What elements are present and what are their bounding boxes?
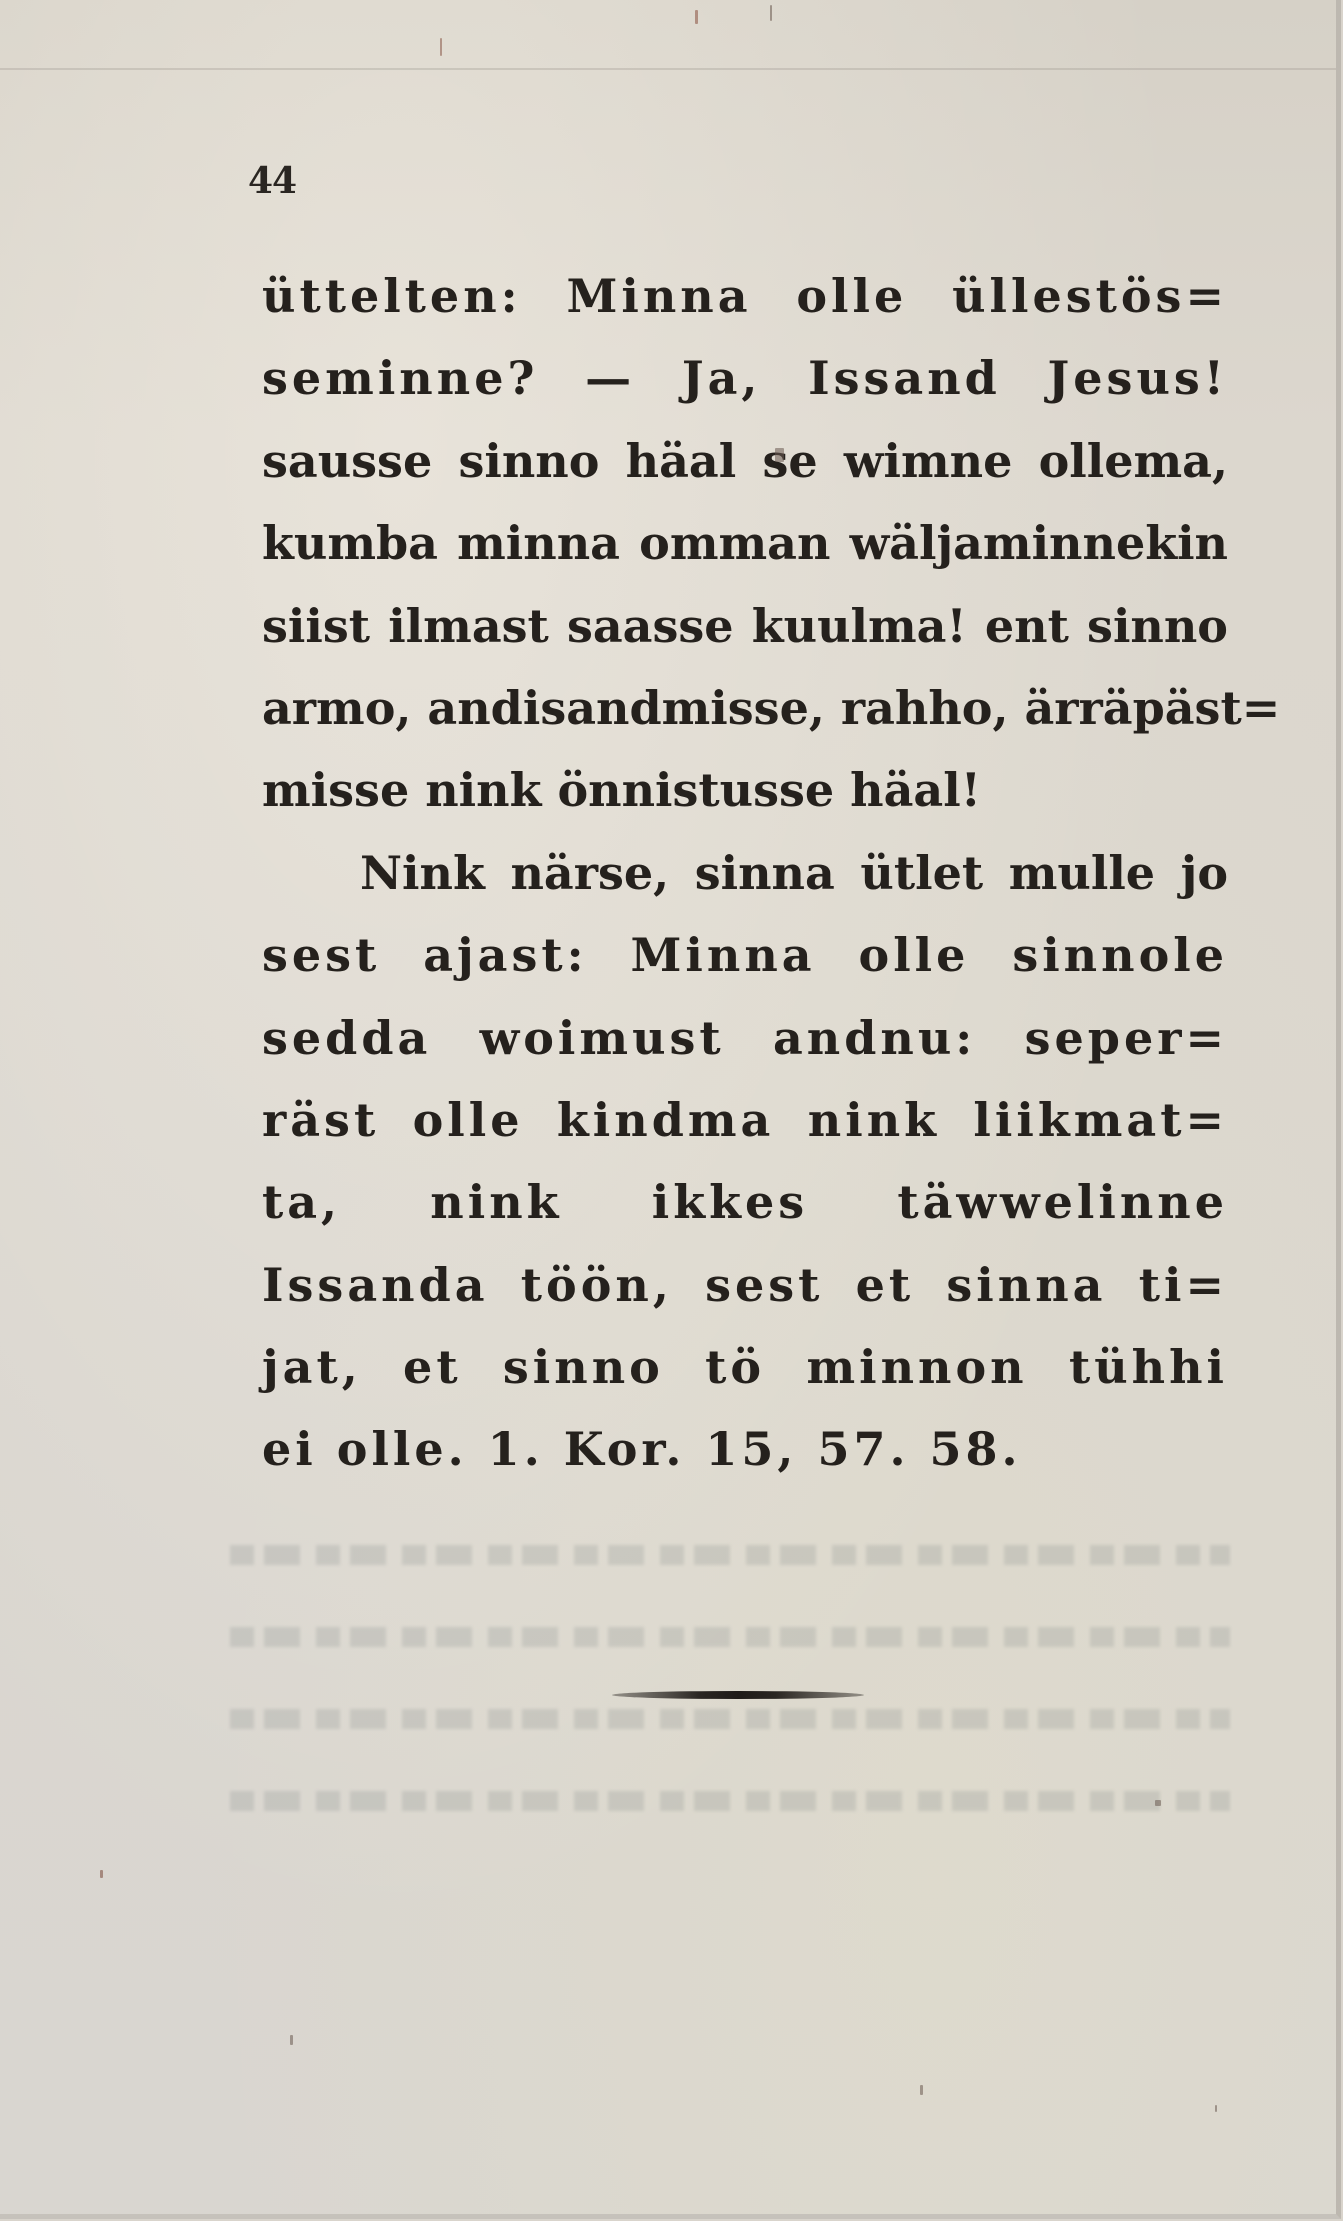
- paper-speck: [770, 5, 772, 21]
- page-number: 44: [248, 160, 296, 202]
- text-line: misse nink önnistusse häal!: [262, 749, 1228, 831]
- section-divider-rule: [612, 1691, 864, 1699]
- paper-fold-line: [0, 68, 1336, 70]
- body-text: üttelten: Minna olle üllestös= seminne? …: [262, 255, 1228, 1491]
- bleed-through-text: [230, 1545, 1230, 1885]
- bleed-line: [230, 1791, 1230, 1811]
- text-line: sest ajast: Minna olle sinnole: [262, 914, 1228, 996]
- bleed-line: [230, 1627, 1230, 1647]
- paper-speck: [290, 2035, 293, 2045]
- paper-speck: [775, 448, 784, 462]
- paper-speck: [695, 10, 698, 24]
- paper-speck: [440, 38, 442, 56]
- book-page: 44 üttelten: Minna olle üllestös= seminn…: [0, 0, 1341, 2219]
- bleed-line: [230, 1709, 1230, 1729]
- text-line: seminne? — Ja, Issand Jesus!: [262, 337, 1228, 419]
- text-line: siist ilmast saasse kuulma! ent sinno: [262, 585, 1228, 667]
- citation-line: ei olle. 1. Kor. 15, 57. 58.: [262, 1408, 1228, 1490]
- text-line: kumba minna omman wäljaminnekin: [262, 502, 1228, 584]
- text-line: sausse sinno häal se wimne ollema,: [262, 420, 1228, 502]
- text-line: Issanda töön, sest et sinna ti=: [262, 1244, 1228, 1326]
- paper-speck: [1155, 1800, 1161, 1806]
- text-line: armo, andisandmisse, rahho, ärräpäst=: [262, 667, 1228, 749]
- text-line: ta, nink ikkes täwwelinne: [262, 1161, 1228, 1243]
- bleed-line: [230, 1545, 1230, 1565]
- text-line: üttelten: Minna olle üllestös=: [262, 255, 1228, 337]
- text-line: sedda woimust andnu: seper=: [262, 997, 1228, 1079]
- paper-speck: [1215, 2105, 1217, 2112]
- paper-speck: [100, 1870, 103, 1878]
- text-line: räst olle kindma nink liikmat=: [262, 1079, 1228, 1161]
- text-line: jat, et sinno tö minnon tühhi: [262, 1326, 1228, 1408]
- paragraph-start-line: Nink närse, sinna ütlet mulle jo: [262, 832, 1228, 914]
- paper-speck: [920, 2085, 923, 2095]
